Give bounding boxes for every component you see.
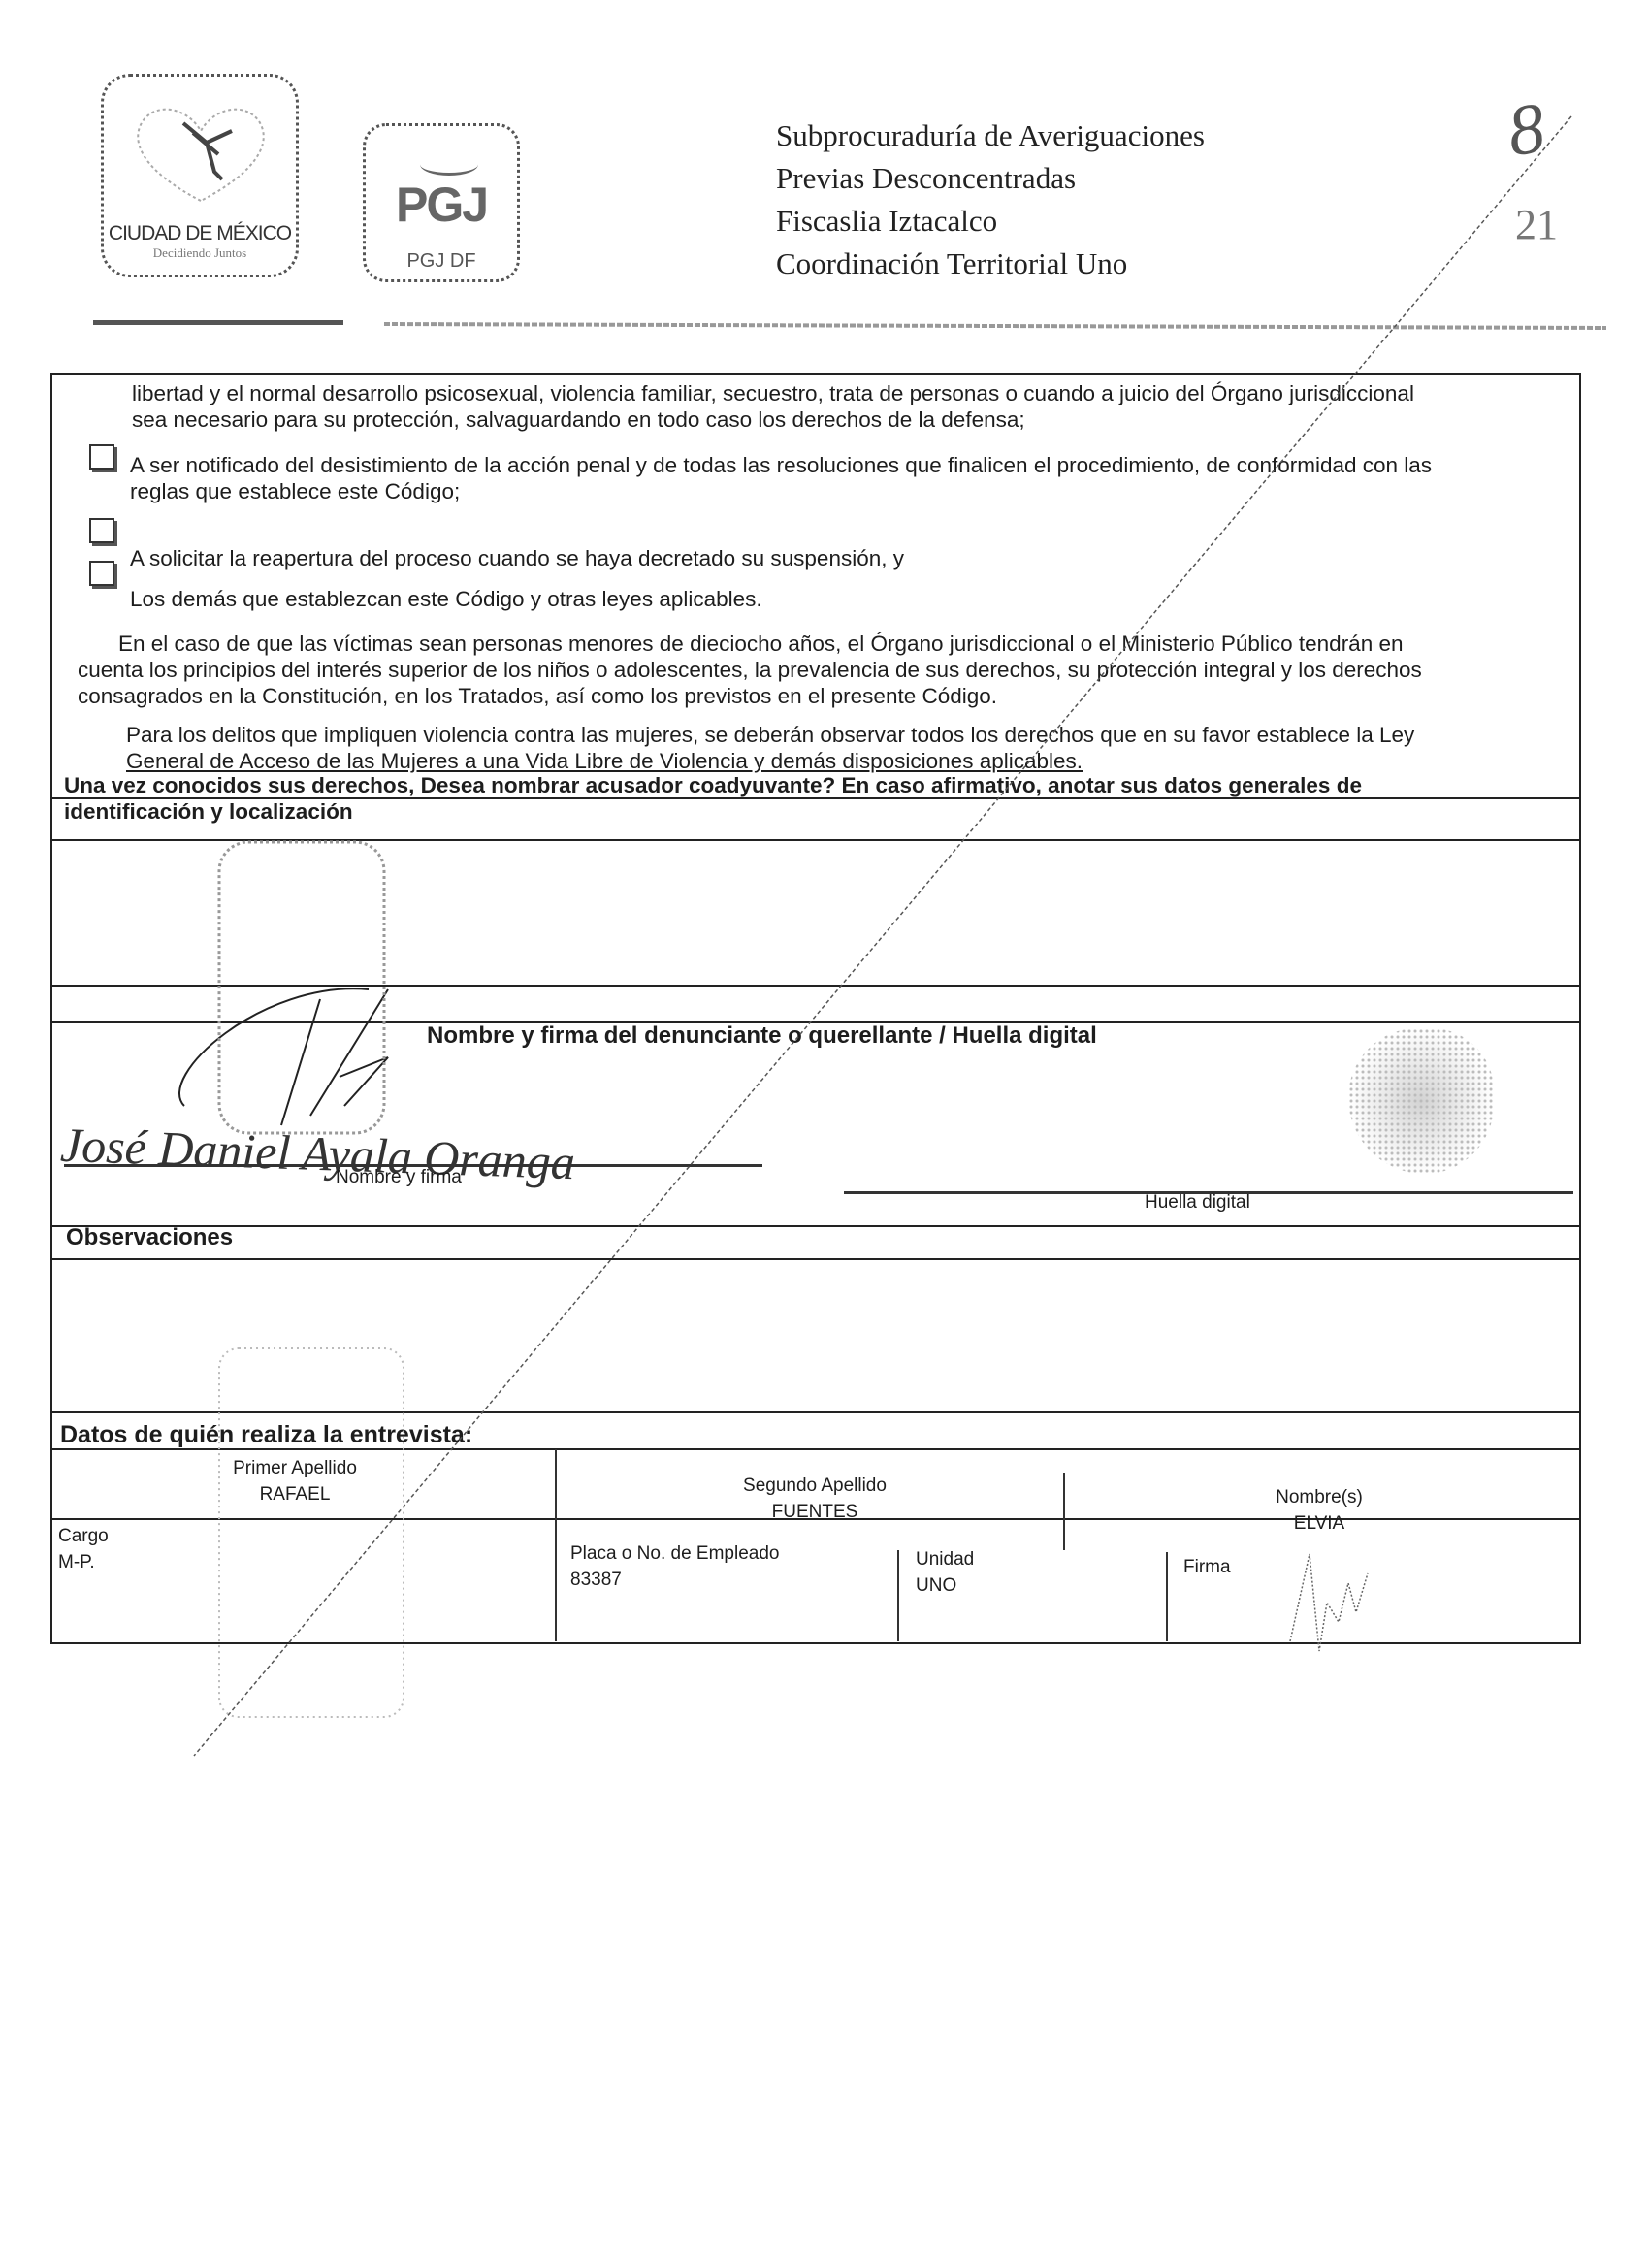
- logo-cdmx-tagline: Decidiendo Juntos: [104, 245, 296, 261]
- logo-pgj-mark: PGJ: [366, 177, 517, 233]
- text-line: A ser notificado del desistimiento de la…: [130, 452, 1432, 478]
- divider: [52, 373, 1579, 375]
- field-value: FUENTES: [698, 1499, 931, 1525]
- right-item: A solicitar la reapertura del proceso cu…: [130, 545, 904, 571]
- observaciones-label: Observaciones: [66, 1224, 233, 1250]
- signature-scribble-icon: [145, 960, 436, 1135]
- divider: [52, 1225, 1579, 1227]
- name-label: Nombre y firma: [336, 1164, 462, 1190]
- col-divider: [1063, 1473, 1065, 1550]
- text-line: identificación y localización: [64, 798, 1362, 825]
- paragraph-women: Para los delitos que impliquen violencia…: [78, 722, 1581, 774]
- placa-field: Placa o No. de Empleado 83387: [570, 1540, 779, 1593]
- field-value: RAFAEL: [217, 1481, 372, 1507]
- rights-continuation: libertad y el normal desarrollo psicosex…: [132, 380, 1414, 433]
- nombres-field: Nombre(s) ELVIA: [1232, 1484, 1406, 1537]
- fingerprint-label: Huella digital: [1145, 1189, 1250, 1215]
- heading-line: Subprocuraduría de Averiguaciones: [776, 114, 1205, 157]
- text-line: General de Acceso de las Mujeres a una V…: [78, 748, 1581, 774]
- col-divider: [897, 1550, 899, 1641]
- text-line: Para los delitos que impliquen violencia…: [78, 722, 1581, 748]
- pgj-arc-icon: [420, 153, 478, 176]
- primer-apellido-field: Primer Apellido RAFAEL: [217, 1455, 372, 1507]
- observaciones-field[interactable]: [52, 1261, 1577, 1407]
- col-divider: [555, 1449, 557, 1641]
- heading-line: Previas Desconcentradas: [776, 157, 1205, 200]
- col-divider: [1166, 1552, 1168, 1641]
- field-label: Unidad: [916, 1546, 974, 1572]
- angel-heart-icon: [125, 104, 276, 211]
- right-item: A ser notificado del desistimiento de la…: [130, 452, 1432, 504]
- heading-line: Fiscaslia Iztacalco: [776, 200, 1205, 243]
- segundo-apellido-field: Segundo Apellido FUENTES: [698, 1473, 931, 1525]
- text-line: sea necesario para su protección, salvag…: [132, 406, 1414, 433]
- logo-pgj-subtitle: PGJ DF: [366, 250, 517, 273]
- right-checkbox[interactable]: [89, 561, 114, 586]
- paragraph-minors: En el caso de que las víctimas sean pers…: [78, 631, 1581, 709]
- coadyuvante-question: Una vez conocidos sus derechos, Desea no…: [64, 772, 1362, 825]
- right-item: Los demás que establezcan este Código y …: [130, 586, 762, 612]
- field-label: Segundo Apellido: [698, 1473, 931, 1499]
- right-checkbox[interactable]: [89, 518, 114, 543]
- field-label: Placa o No. de Empleado: [570, 1540, 779, 1567]
- field-value: 83387: [570, 1567, 779, 1593]
- firma-label: Firma: [1183, 1554, 1231, 1580]
- text-line: consagrados en la Constitución, en los T…: [78, 683, 1581, 709]
- field-value: UNO: [916, 1572, 974, 1599]
- handwritten-page-number: 21: [1515, 200, 1558, 249]
- office-heading: Subprocuraduría de Averiguaciones Previa…: [776, 114, 1205, 285]
- field-label: Nombre(s): [1232, 1484, 1406, 1510]
- unidad-field: Unidad UNO: [916, 1546, 974, 1599]
- interviewer-signature-icon: [1271, 1544, 1377, 1680]
- logo-cdmx-title: CIUDAD DE MÉXICO: [104, 222, 296, 245]
- right-checkbox[interactable]: [89, 444, 114, 470]
- field-label: Primer Apellido: [217, 1455, 372, 1481]
- logo-pgj: PGJ PGJ DF: [363, 123, 520, 282]
- field-label: Cargo: [58, 1523, 109, 1549]
- logo-ciudad-de-mexico: CIUDAD DE MÉXICO Decidiendo Juntos: [101, 74, 299, 277]
- text-line: libertad y el normal desarrollo psicosex…: [132, 380, 1414, 406]
- header-separator: [93, 320, 1606, 330]
- text-line: Una vez conocidos sus derechos, Desea no…: [64, 772, 1362, 798]
- cargo-field: Cargo M-P.: [58, 1523, 109, 1575]
- text-line: reglas que establece este Código;: [130, 478, 1432, 504]
- text-line: En el caso de que las víctimas sean pers…: [78, 631, 1581, 657]
- handwritten-folio: 8: [1503, 87, 1549, 174]
- signature-section-title: Nombre y firma del denunciante o querell…: [427, 1022, 1097, 1049]
- divider: [52, 1258, 1579, 1260]
- divider: [52, 1411, 1579, 1413]
- heading-line: Coordinación Territorial Uno: [776, 243, 1205, 285]
- field-value: ELVIA: [1232, 1510, 1406, 1537]
- divider: [52, 1448, 1579, 1450]
- interviewer-section-title: Datos de quién realiza la entrevista:: [60, 1422, 472, 1448]
- field-value: M-P.: [58, 1549, 109, 1575]
- text-line: cuenta los principios del interés superi…: [78, 657, 1581, 683]
